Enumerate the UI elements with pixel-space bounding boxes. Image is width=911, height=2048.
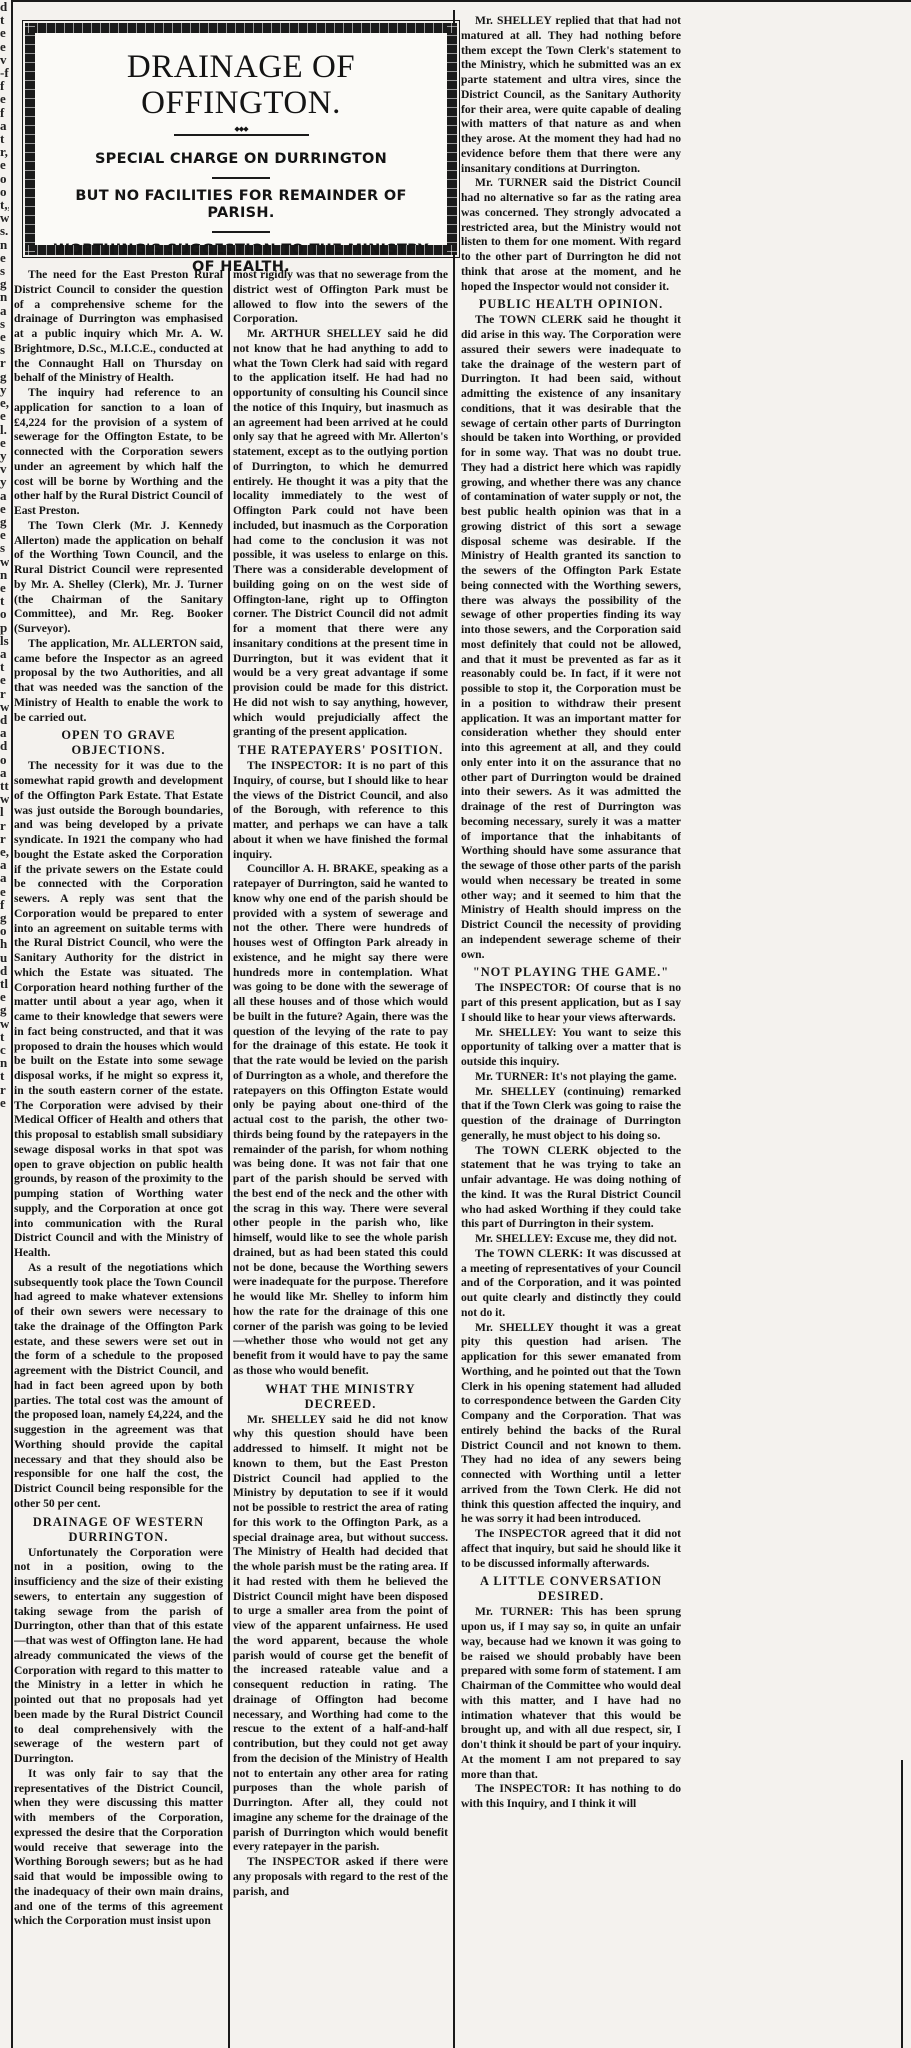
article-paragraph: As a result of the negotiations which su… [14,1261,223,1512]
article-paragraph: The INSPECTOR agreed that it did not aff… [461,1527,681,1571]
headline-deck-1: SPECIAL CHARGE ON DURRINGTON [49,151,433,168]
article-paragraph: most rigidly was that no sewerage from t… [233,268,448,327]
article-paragraph: The application, Mr. ALLERTON said, came… [14,637,223,726]
column-rule-1 [228,268,230,2048]
column-rule-left [11,0,13,2048]
section-subhead: PUBLIC HEALTH OPINION. [461,297,681,312]
article-paragraph: Mr. SHELLEY: Excuse me, they did not. [461,1232,681,1247]
article-paragraph: The INSPECTOR asked if there were any pr… [233,1855,448,1899]
top-rule [11,0,911,2]
article-paragraph: The inquiry had reference to an applicat… [14,386,223,519]
article-paragraph: Mr. TURNER: It's not playing the game. [461,1070,681,1085]
article-paragraph: The TOWN CLERK: It was discussed at a me… [461,1247,681,1321]
article-paragraph: Mr. SHELLEY said he did not know why thi… [233,1413,448,1856]
article-paragraph: The INSPECTOR: It has nothing to do with… [461,1782,681,1812]
section-subhead: THE RATEPAYERS' POSITION. [233,743,448,758]
ornament-divider-icon [174,131,309,139]
section-subhead: OPEN TO GRAVE OBJECTIONS. [14,728,223,758]
article-paragraph: Mr. TURNER said the District Council had… [461,176,681,294]
article-paragraph: The TOWN CLERK said he thought it did ar… [461,313,681,962]
article-column-3: Mr. SHELLEY replied that that had not ma… [461,14,681,2048]
headline-deck-2: BUT NO FACILITIES FOR REMAINDER OF PARIS… [49,188,433,222]
section-subhead: WHAT THE MINISTRY DECREED. [233,1382,448,1412]
deck-separator [212,231,270,233]
section-subhead: A LITTLE CONVERSATION DESIRED. [461,1574,681,1604]
article-paragraph: Councillor A. H. BRAKE, speaking as a ra… [233,862,448,1378]
column-rule-2 [453,10,455,2048]
article-paragraph: Mr. SHELLEY thought it was a great pity … [461,1321,681,1528]
article-paragraph: The need for the East Preston Rural Dist… [14,268,223,386]
article-column-2: most rigidly was that no sewerage from t… [233,268,448,2048]
article-paragraph: It was only fair to say that the represe… [14,1767,223,1929]
article-paragraph: The Town Clerk (Mr. J. Kennedy Allerton)… [14,519,223,637]
article-paragraph: The INSPECTOR: Of course that is no part… [461,981,681,1025]
article-paragraph: Mr. SHELLEY replied that that had not ma… [461,14,681,176]
article-paragraph: Unfortunately the Corporation were not i… [14,1546,223,1767]
article-paragraph: The INSPECTOR: It is no part of this Inq… [233,759,448,862]
adjacent-column-fragment: dteev-ffefatr,eoot,,ws.nesgnasesrgye,el.… [0,0,9,2048]
headline-title: DRAINAGE OF OFFINGTON. [35,49,447,121]
newspaper-page: dteev-ffefatr,eoot,,ws.nesgnasesrgye,el.… [0,0,911,2048]
article-paragraph: The necessity for it was due to the some… [14,759,223,1261]
article-paragraph: Mr. SHELLEY: You want to seize this oppo… [461,1026,681,1070]
section-subhead: "NOT PLAYING THE GAME." [461,965,681,980]
column-rule-right [901,1760,903,2048]
headline-box: DRAINAGE OF OFFINGTON. SPECIAL CHARGE ON… [25,23,457,255]
article-column-1: The need for the East Preston Rural Dist… [14,268,223,2048]
article-paragraph: Mr. ARTHUR SHELLEY said he did not know … [233,327,448,740]
deck-separator [212,177,270,179]
article-paragraph: Mr. TURNER: This has been sprung upon us… [461,1605,681,1782]
article-paragraph: The TOWN CLERK objected to the statement… [461,1144,681,1233]
article-paragraph: Mr. SHELLEY (continuing) remarked that i… [461,1085,681,1144]
section-subhead: DRAINAGE OF WESTERN DURRINGTON. [14,1515,223,1545]
